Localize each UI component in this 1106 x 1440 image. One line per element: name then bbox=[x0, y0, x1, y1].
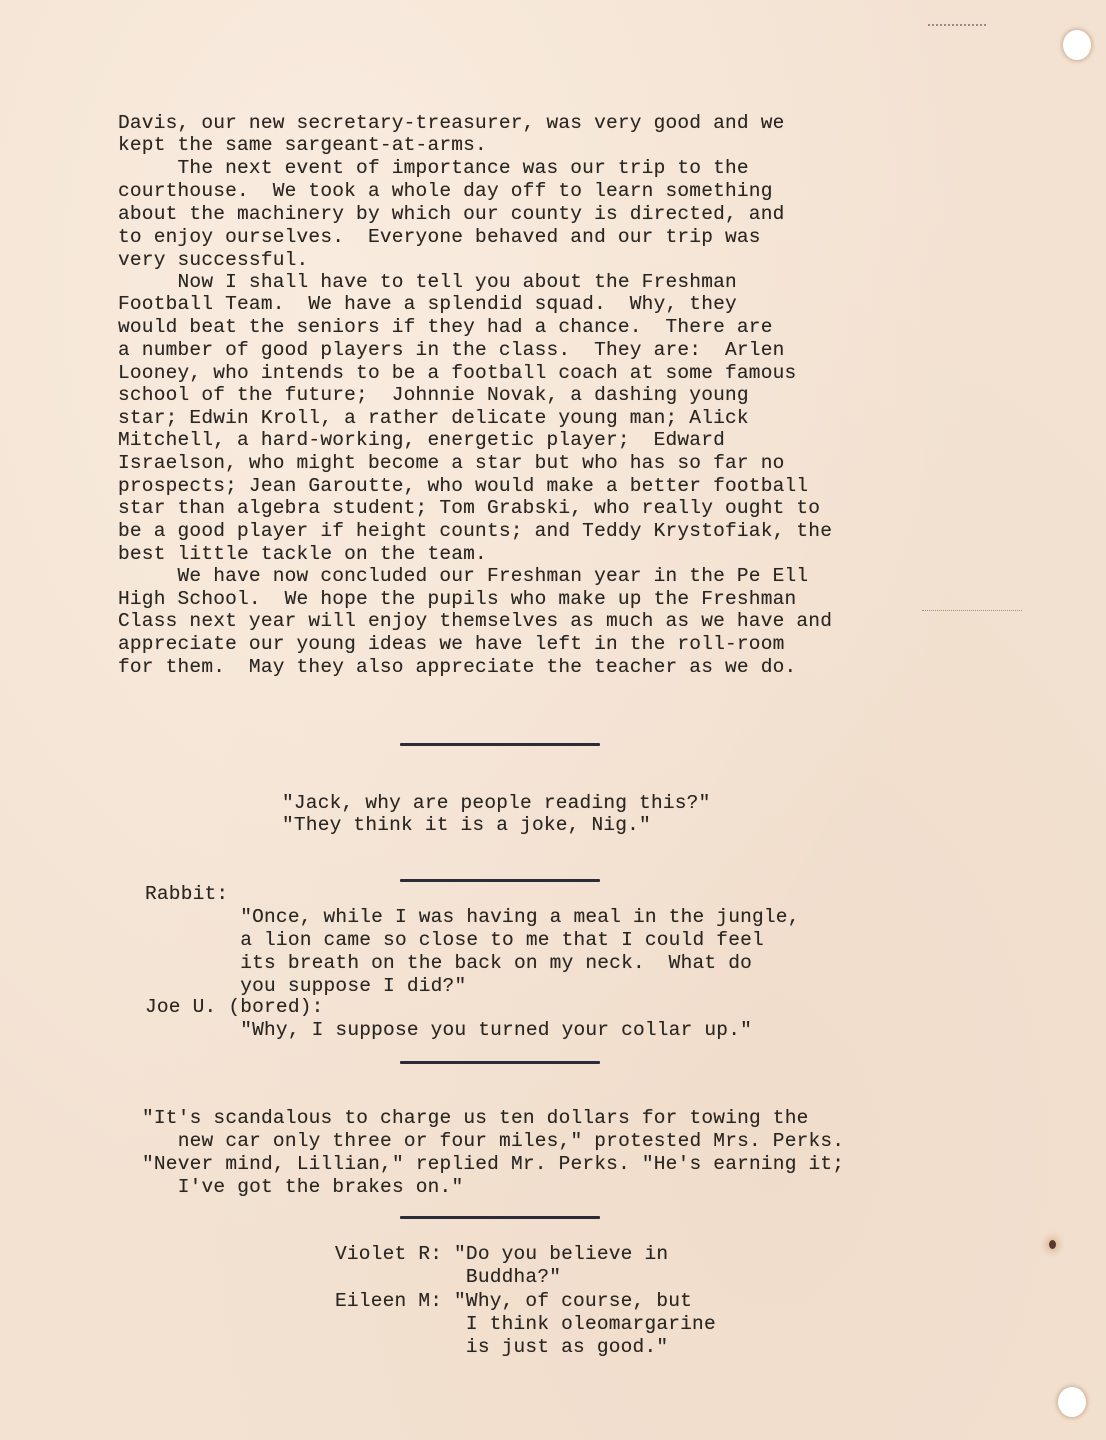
text-line: appreciate our young ideas we have left … bbox=[118, 633, 785, 655]
text-line: its breath on the back on my neck. What … bbox=[145, 952, 752, 974]
text-line: kept the same sargeant-at-arms. bbox=[118, 134, 487, 156]
decorative-dashes bbox=[922, 610, 1022, 611]
text-line: High School. We hope the pupils who make… bbox=[118, 588, 796, 610]
text-line: best little tackle on the team. bbox=[118, 543, 487, 565]
text-line: Joe U. (bored): bbox=[145, 996, 324, 1018]
text-line: very successful. bbox=[118, 249, 308, 271]
text-line: for them. May they also appreciate the t… bbox=[118, 656, 796, 678]
text-line: prospects; Jean Garoutte, who would make… bbox=[118, 475, 808, 497]
text-line: Buddha?" bbox=[335, 1266, 561, 1288]
text-line: "They think it is a joke, Nig." bbox=[282, 814, 651, 836]
text-line: Class next year will enjoy themselves as… bbox=[118, 610, 832, 632]
text-line: a lion came so close to me that I could … bbox=[145, 929, 764, 951]
separator-rule bbox=[400, 879, 600, 882]
decorative-dashes bbox=[928, 24, 986, 26]
text-line: new car only three or four miles," prote… bbox=[142, 1130, 844, 1152]
text-line: I think oleomargarine bbox=[335, 1313, 716, 1335]
text-line: "Once, while I was having a meal in the … bbox=[145, 906, 800, 928]
text-line: Davis, our new secretary-treasurer, was … bbox=[118, 112, 785, 134]
text-line: courthouse. We took a whole day off to l… bbox=[118, 180, 773, 202]
text-line: Mitchell, a hard-working, energetic play… bbox=[118, 429, 725, 451]
text-line: a number of good players in the class. T… bbox=[118, 339, 785, 361]
text-line: Violet R: "Do you believe in bbox=[335, 1243, 668, 1265]
text-line: star than algebra student; Tom Grabski, … bbox=[118, 497, 820, 519]
text-line: is just as good." bbox=[335, 1336, 668, 1358]
text-line: Israelson, who might become a star but w… bbox=[118, 452, 785, 474]
punch-hole-bottom bbox=[1058, 1387, 1086, 1417]
punch-hole-top bbox=[1063, 30, 1091, 60]
text-line: "Why, I suppose you turned your collar u… bbox=[145, 1019, 752, 1041]
text-line: "It's scandalous to charge us ten dollar… bbox=[142, 1107, 809, 1129]
text-line: you suppose I did?" bbox=[145, 975, 466, 997]
separator-rule bbox=[400, 743, 600, 746]
separator-rule bbox=[400, 1216, 600, 1219]
text-line: about the machinery by which our county … bbox=[118, 203, 785, 225]
text-line: "Jack, why are people reading this?" bbox=[282, 792, 710, 814]
ink-stain bbox=[1049, 1240, 1056, 1249]
text-line: We have now concluded our Freshman year … bbox=[118, 565, 808, 587]
text-line: to enjoy ourselves. Everyone behaved and… bbox=[118, 226, 761, 248]
separator-rule bbox=[400, 1061, 600, 1064]
text-line: I've got the brakes on." bbox=[142, 1176, 463, 1198]
text-line: star; Edwin Kroll, a rather delicate you… bbox=[118, 407, 749, 429]
text-line: Rabbit: bbox=[145, 883, 228, 905]
text-line: would beat the seniors if they had a cha… bbox=[118, 316, 773, 338]
text-line: The next event of importance was our tri… bbox=[118, 157, 749, 179]
text-line: Eileen M: "Why, of course, but bbox=[335, 1290, 692, 1312]
text-line: Now I shall have to tell you about the F… bbox=[118, 271, 737, 293]
text-line: "Never mind, Lillian," replied Mr. Perks… bbox=[142, 1153, 844, 1175]
text-line: be a good player if height counts; and T… bbox=[118, 520, 832, 542]
text-line: school of the future; Johnnie Novak, a d… bbox=[118, 384, 749, 406]
text-line: Football Team. We have a splendid squad.… bbox=[118, 293, 737, 315]
text-line: Looney, who intends to be a football coa… bbox=[118, 362, 796, 384]
